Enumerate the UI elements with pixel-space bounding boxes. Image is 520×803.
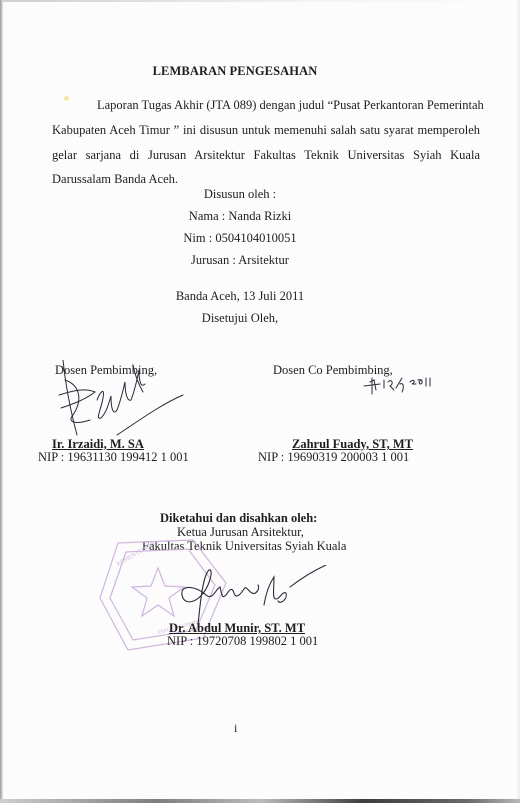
scan-mark (64, 96, 69, 101)
author-department: Jurusan : Arsitektur (140, 253, 340, 268)
ratification-heading: Diketahui dan disahkan oleh: (160, 511, 317, 526)
svg-text:KEMENTERIAN: KEMENTERIAN (116, 541, 157, 568)
co-supervisor-nip: NIP : 19690319 200003 1 001 (258, 450, 409, 465)
author-nim: Nim : 0504104010051 (140, 231, 340, 246)
head-signature (178, 565, 328, 627)
paragraph-line-3: gelar sarjana di Jurusan Arsitektur Faku… (52, 148, 480, 163)
page-number: i (234, 721, 237, 736)
place-date: Banda Aceh, 13 Juli 2011 (140, 289, 340, 304)
page-title: LEMBARAN PENGESAHAN (0, 64, 470, 79)
author-name: Nama : Nanda Rizki (140, 209, 340, 224)
supervisor-nip: NIP : 19631130 199412 1 001 (38, 450, 189, 465)
page-edge-bottom (0, 799, 520, 803)
approved-by: Disetujui Oleh, (140, 311, 340, 326)
paragraph-line-1: Laporan Tugas Akhir (JTA 089) dengan jud… (97, 98, 484, 113)
paragraph-line-4: Darussalam Banda Aceh. (52, 172, 178, 187)
page-edge-top (0, 0, 520, 2)
supervisor-signature (55, 360, 185, 440)
page-edge-right (516, 0, 520, 803)
paragraph-line-2: Kabupaten Aceh Timur ” ini disusun untuk… (52, 123, 480, 138)
author-heading: Disusun oleh : (140, 187, 340, 202)
head-nip: NIP : 19720708 199802 1 001 (167, 634, 318, 649)
page-edge-left (0, 0, 3, 803)
co-supervisor-signature (362, 376, 434, 398)
